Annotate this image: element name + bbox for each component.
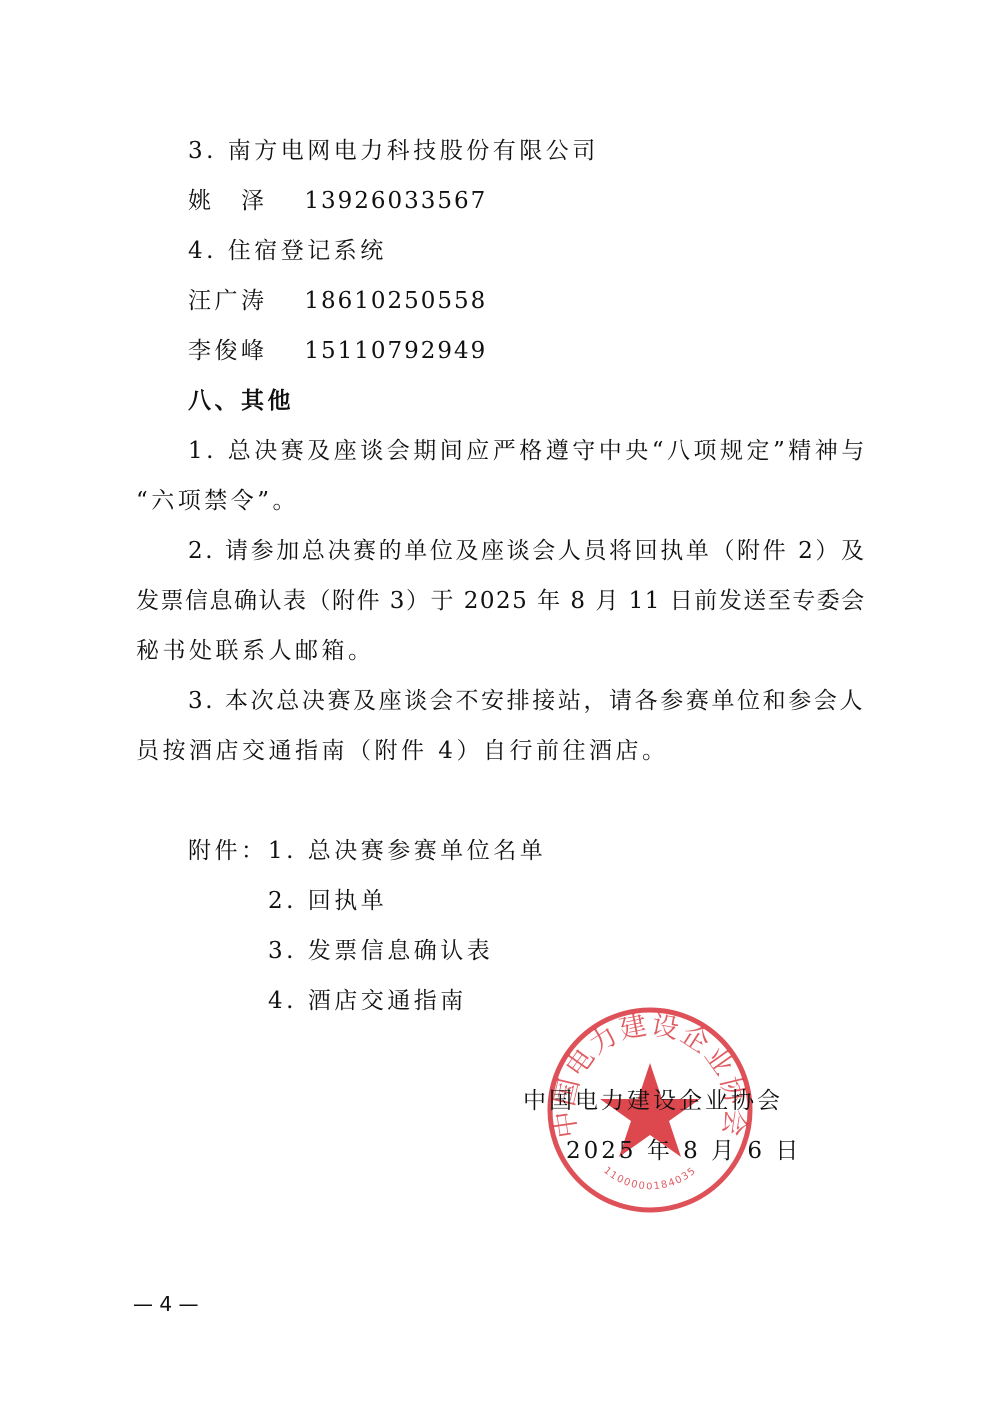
contact-row: 李俊峰 15110792949 [188, 336, 487, 366]
paragraph-3-line-1: 3. 本次总决赛及座谈会不安排接站，请各参赛单位和参会人 [188, 686, 865, 716]
attachment-item: 2. 回执单 [268, 886, 387, 916]
page-number: — 4 — [133, 1292, 198, 1316]
contact-row: 姚 泽 13926033567 [188, 186, 487, 216]
contact-heading-3: 3. 南方电网电力科技股份有限公司 [188, 136, 599, 166]
signature-date: 2025 年 8 月 6 日 [566, 1136, 801, 1166]
attachments-label: 附件： [188, 836, 268, 866]
paragraph-3-line-2: 员按酒店交通指南（附件 4）自行前往酒店。 [136, 736, 668, 766]
svg-text:1100000184035: 1100000184035 [601, 1165, 699, 1192]
paragraph-1-line-1: 1. 总决赛及座谈会期间应严格遵守中央“八项规定”精神与 [188, 436, 868, 466]
paragraph-1-line-2: “六项禁令”。 [136, 486, 299, 516]
contact-heading-4: 4. 住宿登记系统 [188, 236, 387, 266]
paragraph-2-line-3: 秘书处联系人邮箱。 [136, 636, 375, 666]
contact-name: 李俊峰 [188, 338, 268, 364]
attachment-item: 4. 酒店交通指南 [268, 986, 467, 1016]
attachment-item: 3. 发票信息确认表 [268, 936, 493, 966]
paragraph-2-line-1: 2. 请参加总决赛的单位及座谈会人员将回执单（附件 2）及 [188, 536, 867, 566]
signature-org: 中国电力建设企业协会 [523, 1086, 783, 1116]
contact-phone: 13926033567 [304, 188, 487, 214]
contact-phone: 15110792949 [304, 338, 487, 364]
contact-name: 汪广涛 [188, 288, 268, 314]
contact-phone: 18610250558 [304, 288, 487, 314]
contact-name: 姚 泽 [188, 188, 268, 214]
attachment-item: 1. 总决赛参赛单位名单 [268, 836, 546, 866]
section-title: 八、其他 [188, 386, 294, 416]
contact-row: 汪广涛 18610250558 [188, 286, 487, 316]
paragraph-2-line-2: 发票信息确认表（附件 3）于 2025 年 8 月 11 日前发送至专委会 [136, 586, 866, 616]
